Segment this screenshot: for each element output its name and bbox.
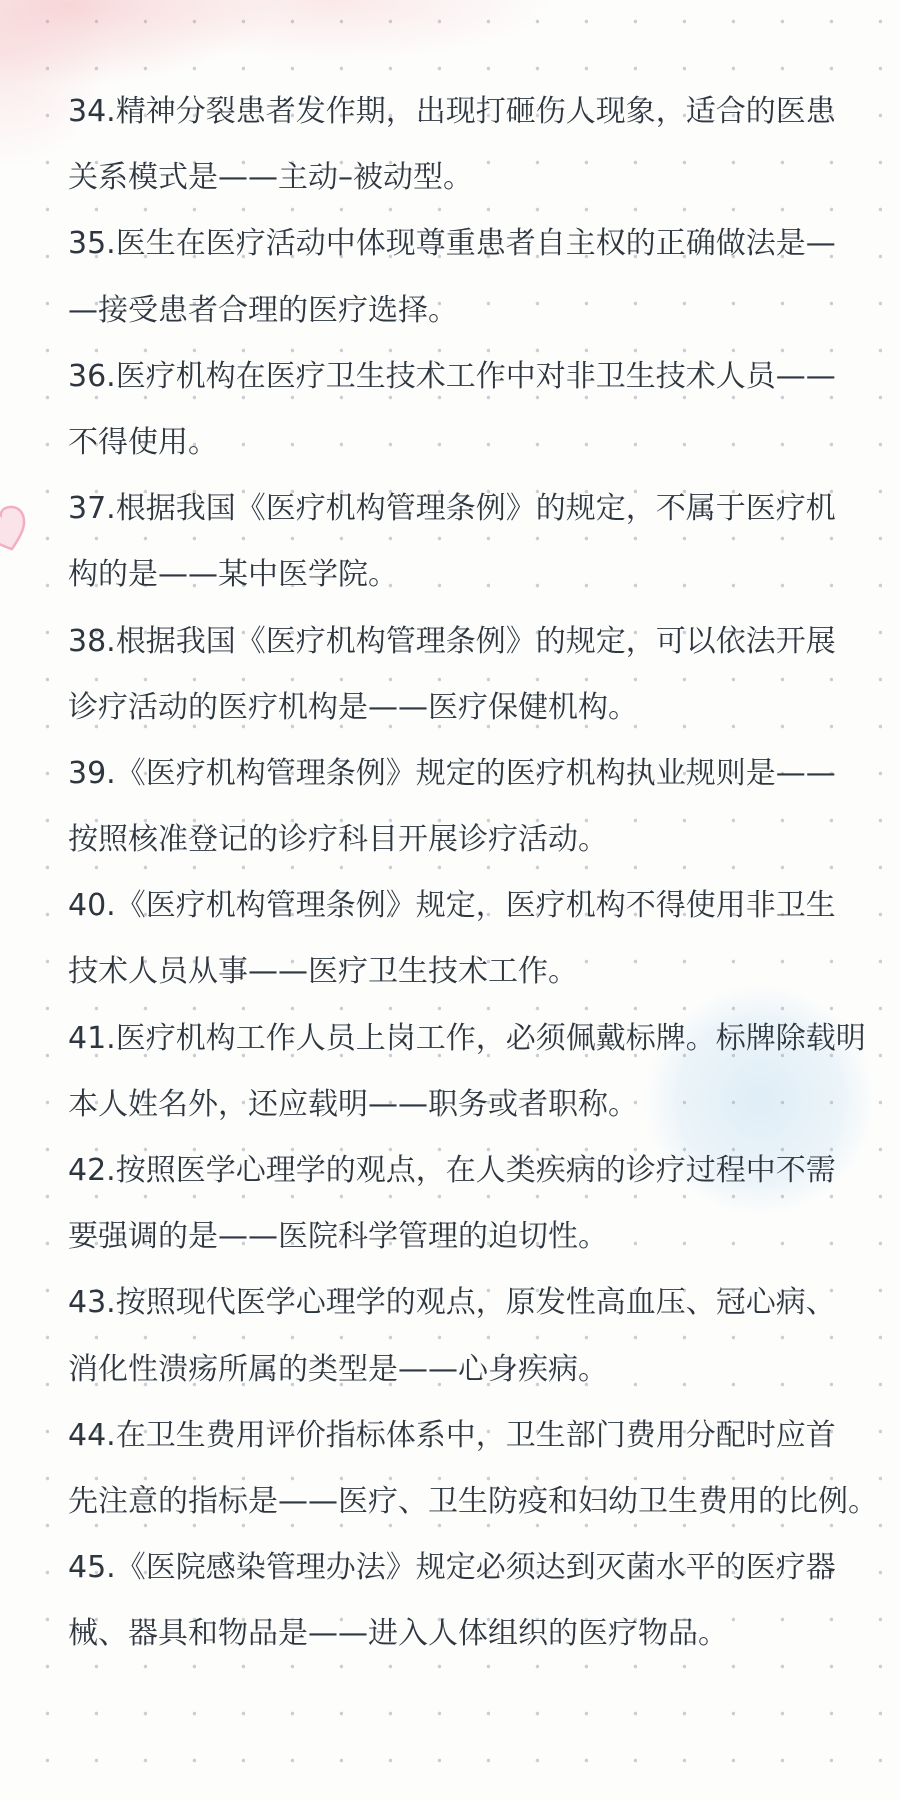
text-line: 不得使用。 <box>68 410 898 476</box>
text-line: —接受患者合理的医疗选择。 <box>68 278 898 344</box>
heart-icon <box>0 502 29 560</box>
document-page: 34.精神分裂患者发作期，出现打砸伤人现象，适合的医患关系模式是——主动–被动型… <box>0 0 900 1800</box>
text-line: 44.在卫生费用评价指标体系中，卫生部门费用分配时应首 <box>68 1403 898 1469</box>
text-line: 43.按照现代医学心理学的观点，原发性高血压、冠心病、 <box>68 1270 898 1336</box>
text-line: 械、器具和物品是——进入人体组织的医疗物品。 <box>68 1601 898 1667</box>
text-line: 消化性溃疡所属的类型是——心身疾病。 <box>68 1337 898 1403</box>
text-line: 按照核准登记的诊疗科目开展诊疗活动。 <box>68 807 898 873</box>
text-line: 38.根据我国《医疗机构管理条例》的规定，可以依法开展 <box>68 609 898 675</box>
text-line: 37.根据我国《医疗机构管理条例》的规定，不属于医疗机 <box>68 476 898 542</box>
text-line: 39.《医疗机构管理条例》规定的医疗机构执业规则是—— <box>68 741 898 807</box>
text-line: 45.《医院感染管理办法》规定必须达到灭菌水平的医疗器 <box>68 1535 898 1601</box>
text-line: 34.精神分裂患者发作期，出现打砸伤人现象，适合的医患 <box>68 79 898 145</box>
text-line: 40.《医疗机构管理条例》规定，医疗机构不得使用非卫生 <box>68 873 898 939</box>
text-line: 关系模式是——主动–被动型。 <box>68 145 898 211</box>
text-line: 构的是——某中医学院。 <box>68 542 898 608</box>
text-line: 35.医生在医疗活动中体现尊重患者自主权的正确做法是— <box>68 211 898 277</box>
text-line: 诊疗活动的医疗机构是——医疗保健机构。 <box>68 675 898 741</box>
text-line: 42.按照医学心理学的观点，在人类疾病的诊疗过程中不需 <box>68 1138 898 1204</box>
text-line: 本人姓名外，还应载明——职务或者职称。 <box>68 1072 898 1138</box>
question-list: 34.精神分裂患者发作期，出现打砸伤人现象，适合的医患关系模式是——主动–被动型… <box>68 79 898 1668</box>
text-line: 要强调的是——医院科学管理的迫切性。 <box>68 1204 898 1270</box>
text-line: 技术人员从事——医疗卫生技术工作。 <box>68 939 898 1005</box>
text-line: 36.医疗机构在医疗卫生技术工作中对非卫生技术人员—— <box>68 344 898 410</box>
text-line: 41.医疗机构工作人员上岗工作，必须佩戴标牌。标牌除载明 <box>68 1006 898 1072</box>
text-line: 先注意的指标是——医疗、卫生防疫和妇幼卫生费用的比例。 <box>68 1469 898 1535</box>
